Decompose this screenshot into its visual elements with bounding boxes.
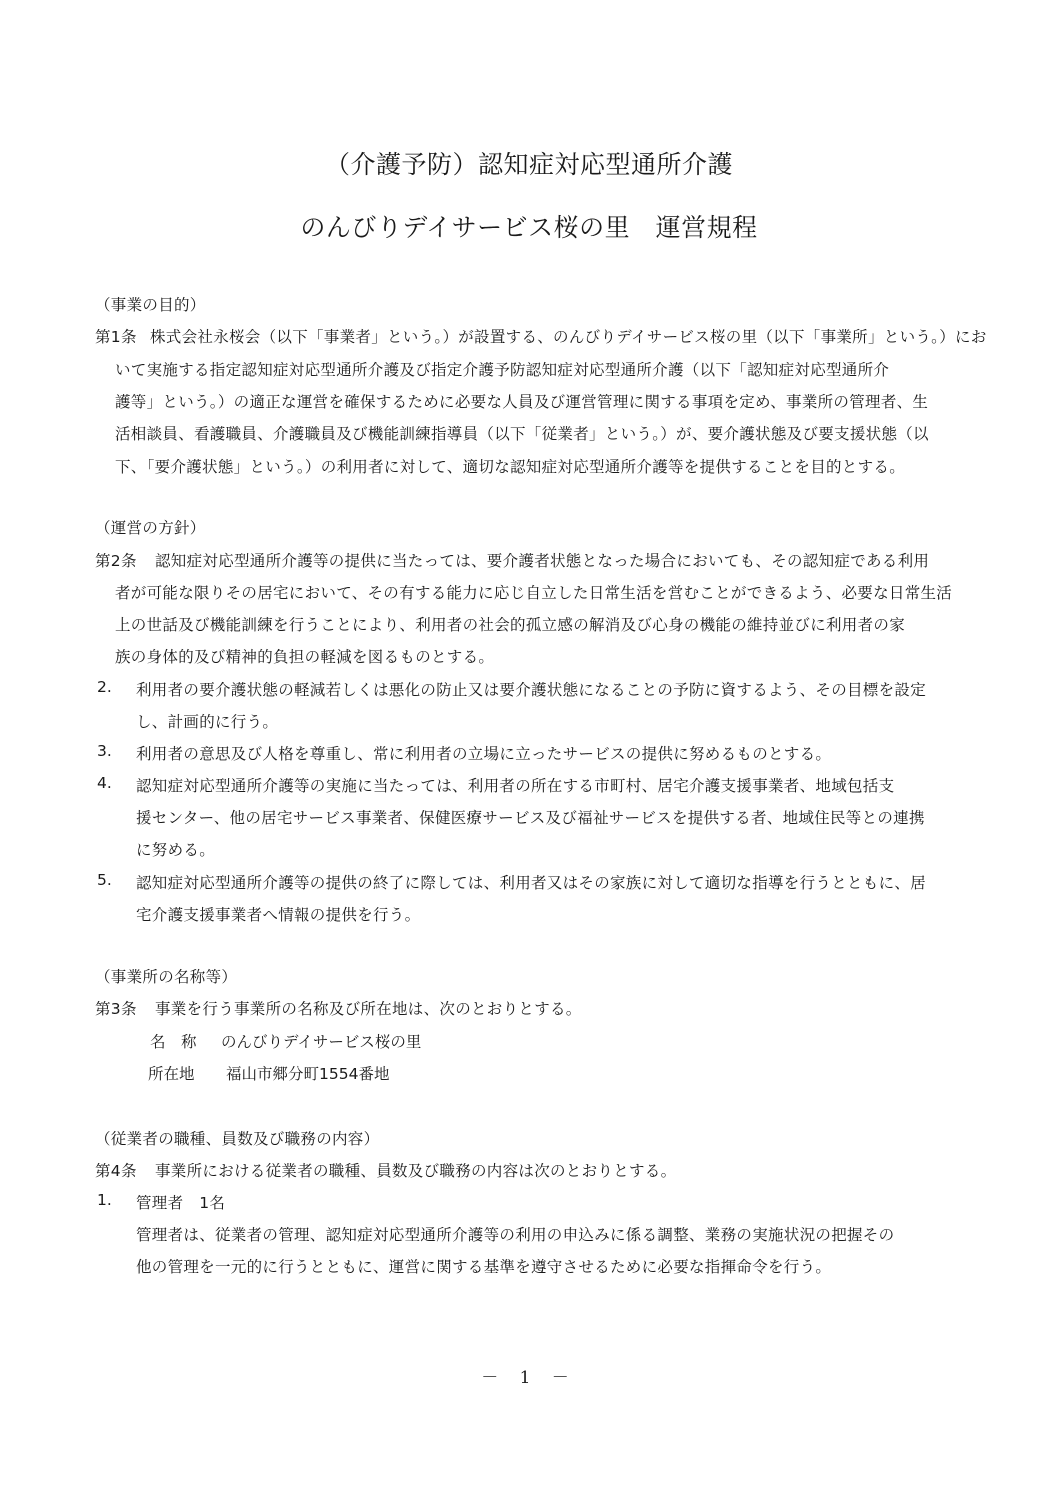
item-line: 認知症対応型通所介護等の提供の終了に際しては、利用者又はその家族に対して適切な指… [136, 871, 926, 893]
item-line: し、計画的に行う。 [136, 710, 278, 732]
item-line: 利用者の要介護状態の軽減若しくは悪化の防止又は要介護状態になることの予防に資する… [136, 678, 926, 700]
article-3-label: 第3条 [95, 997, 137, 1019]
item-line: 認知症対応型通所介護等の実施に当たっては、利用者の所在する市町村、居宅介護支援事… [136, 774, 894, 796]
item-number: 5. [97, 871, 112, 889]
document-title-line2: のんびりデイサービス桜の里 運営規程 [0, 208, 1058, 244]
article-4-label: 第4条 [95, 1159, 137, 1181]
section-heading-purpose: （事業の目的） [95, 293, 206, 315]
article-1-line: 株式会社永桜会（以下「事業者」という。）が設置する、のんびりデイサービス桜の里（… [150, 325, 987, 347]
document-title-line1: （介護予防）認知症対応型通所介護 [0, 145, 1058, 181]
item-line: 利用者の意思及び人格を尊重し、常に利用者の立場に立ったサービスの提供に努めるもの… [136, 742, 831, 764]
field-label-address: 所在地 [148, 1062, 195, 1084]
article-2-line: 認知症対応型通所介護等の提供に当たっては、要介護者状態となった場合においても、そ… [155, 549, 929, 571]
page-number: － 1 － [0, 1363, 1058, 1388]
field-label-name: 名 称 [150, 1030, 197, 1052]
article-2-line: 族の身体的及び精神的負担の軽減を図るものとする。 [115, 645, 494, 667]
item-number: 3. [97, 742, 112, 760]
article-1-line: 活相談員、看護職員、介護職員及び機能訓練指導員（以下「従業者」という。）が、要介… [115, 422, 929, 444]
article-1-label: 第1条 [95, 325, 137, 347]
section-heading-staff: （従業者の職種、員数及び職務の内容） [95, 1127, 379, 1149]
section-heading-policy: （運営の方針） [95, 516, 206, 538]
item-line: 宅介護支援事業者へ情報の提供を行う。 [136, 903, 420, 925]
item-line: に努める。 [136, 838, 215, 860]
item-title: 管理者 1名 [136, 1191, 225, 1213]
article-1-line: 下、「要介護状態」という。）の利用者に対して、適切な認知症対応型通所介護等を提供… [115, 455, 905, 477]
field-value-name: のんびりデイサービス桜の里 [221, 1030, 421, 1052]
section-heading-office-name: （事業所の名称等） [95, 965, 237, 987]
item-line: 管理者は、従業者の管理、認知症対応型通所介護等の利用の申込みに係る調整、業務の実… [136, 1223, 894, 1245]
article-2-label: 第2条 [95, 549, 137, 571]
item-number: 1. [97, 1191, 112, 1209]
field-value-address: 福山市郷分町1554番地 [226, 1062, 389, 1084]
item-line: 他の管理を一元的に行うとともに、運営に関する基準を遵守させるために必要な指揮命令… [136, 1255, 831, 1277]
article-3-line: 事業を行う事業所の名称及び所在地は、次のとおりとする。 [155, 997, 582, 1019]
article-2-line: 者が可能な限りその居宅において、その有する能力に応じ自立した日常生活を営むことが… [115, 581, 952, 603]
article-1-line: 護等」という。）の適正な運営を確保するために必要な人員及び運営管理に関する事項を… [115, 390, 928, 412]
item-line: 援センター、他の居宅サービス事業者、保健医療サービス及び福祉サービスを提供する者… [136, 806, 925, 828]
item-number: 4. [97, 774, 112, 792]
article-1-line: いて実施する指定認知症対応型通所介護及び指定介護予防認知症対応型通所介護（以下「… [115, 358, 889, 380]
item-number: 2. [97, 678, 112, 696]
article-2-line: 上の世話及び機能訓練を行うことにより、利用者の社会的孤立感の解消及び心身の機能の… [115, 613, 905, 635]
article-4-line: 事業所における従業者の職種、員数及び職務の内容は次のとおりとする。 [155, 1159, 676, 1181]
